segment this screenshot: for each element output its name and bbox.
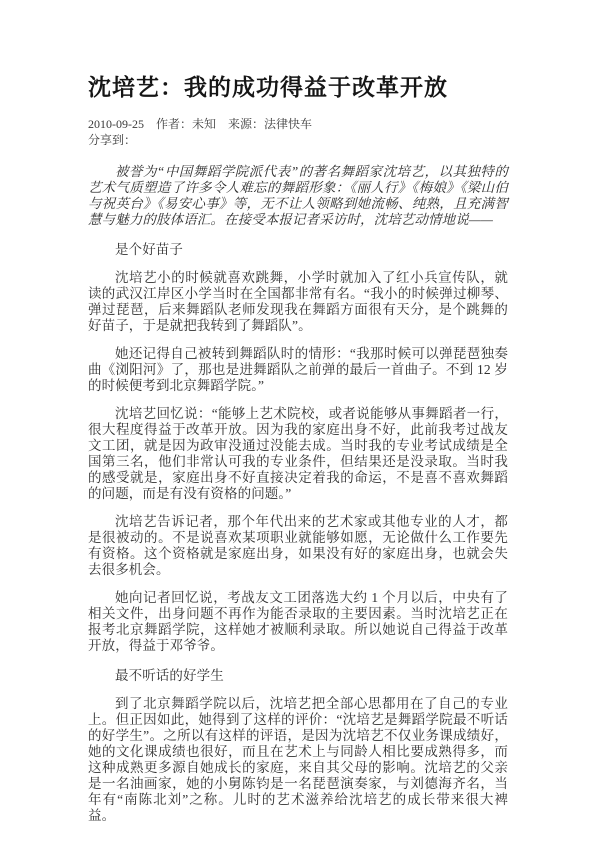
author-label: 作者：未知 [156, 117, 216, 131]
paragraph: 沈培艺小的时候就喜欢跳舞，小学时就加入了红小兵宣传队，就读的武汉江岸区小学当时在… [88, 270, 508, 334]
intro-paragraph: 被誉为“中国舞蹈学院派代表”的著名舞蹈家沈培艺，以其独特的艺术气质塑造了许多令人… [88, 164, 508, 228]
article-body: 被誉为“中国舞蹈学院派代表”的著名舞蹈家沈培艺，以其独特的艺术气质塑造了许多令人… [88, 164, 508, 824]
section-heading-good-seedling: 是个好苗子 [88, 242, 508, 258]
share-row: 分享到： [88, 132, 508, 148]
publish-date: 2010-09-25 [88, 117, 144, 131]
article-title: 沈培艺：我的成功得益于改革开放 [88, 74, 508, 102]
share-label: 分享到： [88, 133, 136, 147]
article-meta: 2010-09-25 作者：未知 来源：法律快车 [88, 116, 508, 132]
paragraph: 到了北京舞蹈学院以后，沈培艺把全部心思都用在了自己的专业上。但正因如此，她得到了… [88, 696, 508, 824]
paragraph: 沈培艺告诉记者，那个年代出来的艺术家或其他专业的人才，都是很被动的。不是说喜欢某… [88, 514, 508, 578]
section-heading-disobedient-student: 最不听话的好学生 [88, 668, 508, 684]
article-page: 沈培艺：我的成功得益于改革开放 2010-09-25 作者：未知 来源：法律快车… [0, 0, 595, 842]
source-label: 来源：法律快车 [228, 117, 312, 131]
paragraph: 沈培艺回忆说：“能够上艺术院校，或者说能够从事舞蹈者一行，很大程度得益于改革开放… [88, 406, 508, 502]
paragraph: 她还记得自己被转到舞蹈队时的情形：“我那时候可以弹琵琶独奏曲《浏阳河》了，那也是… [88, 346, 508, 394]
paragraph: 她向记者回忆说，考战友文工团落选大约 1 个月以后，中央有了相关文件，出身问题不… [88, 590, 508, 654]
